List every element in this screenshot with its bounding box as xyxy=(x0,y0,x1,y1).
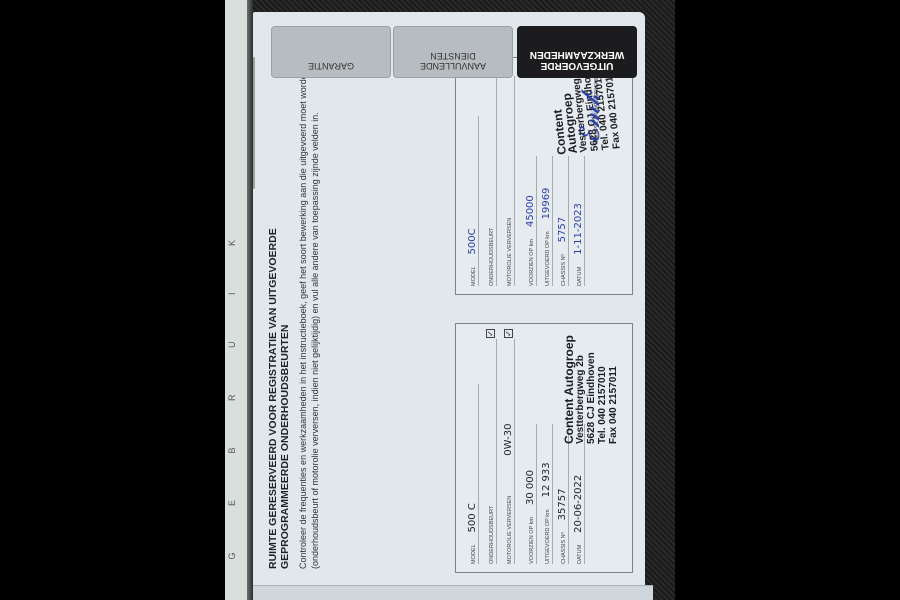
field-chassis[interactable]: CHASSIS Nº 35757 xyxy=(554,424,569,564)
service-entry-2: MODEL 500C ONDERHOUDSBEURT ✕ MOTOROLIE V… xyxy=(455,57,633,295)
section-tabs: GARANTIE AANVULLENDE DIENSTEN UITGEVOERD… xyxy=(271,26,631,78)
next-page-edge xyxy=(253,585,653,600)
field-date[interactable]: DATUM 20-06-2022 xyxy=(570,424,585,564)
previous-page-edge: G E B R U I K xyxy=(225,0,248,600)
field-model[interactable]: MODEL 500 C xyxy=(464,384,479,564)
service-entry-1: MODEL 500 C ONDERHOUDSBEURT ✓ MOTOROLIE … xyxy=(455,323,633,573)
tab-aanvullende-diensten[interactable]: AANVULLENDE DIENSTEN xyxy=(393,26,513,78)
tab-garantie[interactable]: GARANTIE xyxy=(271,26,391,78)
field-planned-km[interactable]: VOORZIEN OP km 45000 xyxy=(522,156,537,286)
field-planned-km[interactable]: VOORZIEN OP km 30 000 xyxy=(522,424,537,564)
oil-change-checkbox[interactable]: ✓ xyxy=(504,329,513,338)
field-done-km[interactable]: UITGEVOERD OP km 12 933 xyxy=(538,424,553,564)
side-strip-text: G E B R U I K xyxy=(227,218,237,560)
heading-line-2: GEPROGRAMMEERDE ONDERHOUDSBEURTEN xyxy=(279,49,291,569)
field-service[interactable]: ONDERHOUDSBEURT xyxy=(482,76,497,286)
field-chassis[interactable]: CHASSIS Nº 5757 xyxy=(554,156,569,286)
field-oil-change[interactable]: MOTOROLIE VERVERSEN 0W-30 xyxy=(500,339,515,564)
heading-line-1: RUIMTE GERESERVEERD VOOR REGISTRATIE VAN… xyxy=(267,49,279,569)
field-service[interactable]: ONDERHOUDSBEURT xyxy=(482,339,497,564)
tabs-row xyxy=(253,57,255,189)
field-model[interactable]: MODEL 500C xyxy=(464,116,479,286)
tab-uitgevoerde-werkzaamheden[interactable]: UITGEVOERDE WERKZAAMHEDEN xyxy=(517,26,637,78)
service-record-page: RUIMTE GERESERVEERD VOOR REGISTRATIE VAN… xyxy=(253,12,645,587)
page-heading: RUIMTE GERESERVEERD VOOR REGISTRATIE VAN… xyxy=(267,49,291,569)
instruction-text: Controleer de frequenties en werkzaamhed… xyxy=(297,14,321,569)
service-checkbox[interactable]: ✓ xyxy=(486,329,495,338)
field-done-km[interactable]: UITGEVOERD OP km 19969 xyxy=(538,156,553,286)
signature: ℰ𝓂𝓀 xyxy=(576,92,607,144)
booklet-photo: G E B R U I K RUIMTE GERESERVEERD VOOR R… xyxy=(225,0,675,600)
field-date[interactable]: DATUM 1-11-2023 xyxy=(570,156,585,286)
dealer-stamp-1: Content Autogroep Vestterbergweg 2b 5628… xyxy=(564,335,619,444)
field-oil-change[interactable]: MOTOROLIE VERVERSEN xyxy=(500,76,515,286)
page-number: 25 xyxy=(643,44,655,56)
rotated-page-content: RUIMTE GERESERVEERD VOOR REGISTRATIE VAN… xyxy=(253,12,645,587)
